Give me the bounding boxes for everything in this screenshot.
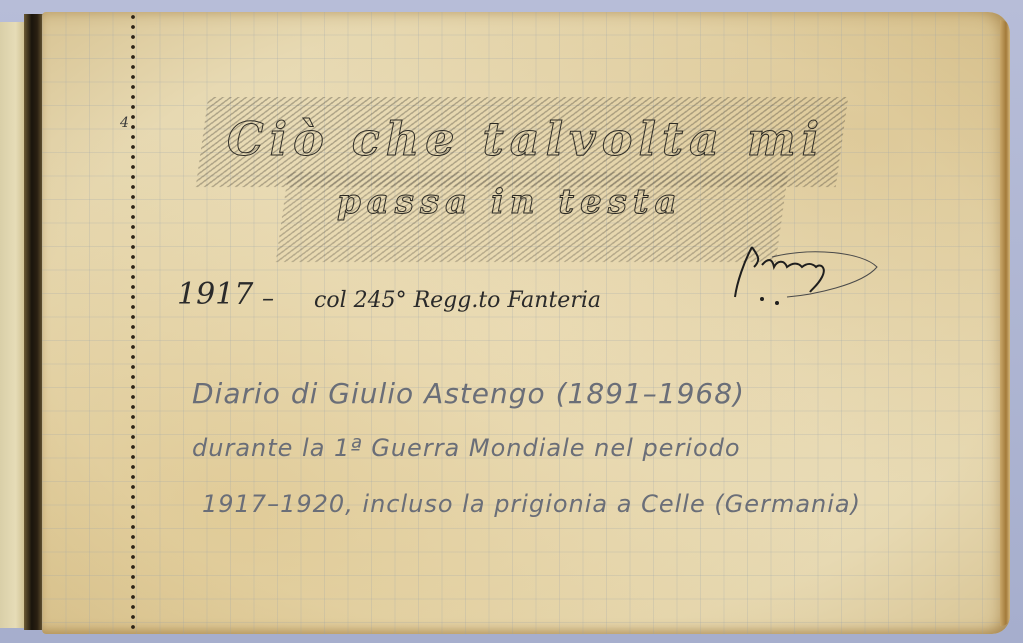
title-line-2: passa in testa	[337, 182, 683, 222]
left-page-stack	[0, 22, 26, 628]
pencil-note-line-1: Diario di Giulio Astengo (1891–1968)	[192, 377, 745, 410]
diary-page: 4 Ciò che talvolta mi passa in testa 191…	[42, 12, 1010, 634]
title-line-1: Ciò che talvolta mi	[227, 112, 825, 166]
perforation-line	[130, 12, 136, 634]
regiment-text: col 245° Regg.to Fanteria	[314, 288, 601, 313]
stub-mark: 4	[120, 115, 129, 131]
dash-text: –	[262, 284, 274, 312]
page-edge	[1000, 20, 1010, 626]
signature-icon	[732, 237, 882, 307]
signature	[732, 237, 882, 307]
pencil-note-line-2: durante la 1ª Guerra Mondiale nel period…	[192, 434, 741, 462]
pencil-note-line-3: 1917–1920, incluso la prigionia a Celle …	[202, 490, 861, 518]
year-text: 1917	[177, 277, 253, 312]
